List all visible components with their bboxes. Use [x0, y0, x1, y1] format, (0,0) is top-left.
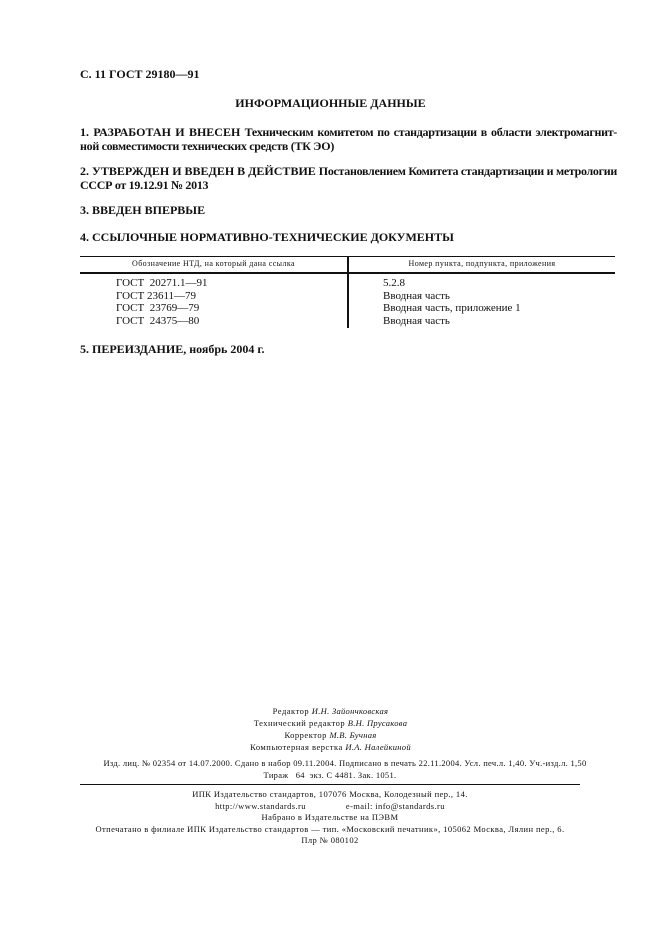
publisher-email-link[interactable]: e-mail: info@standards.ru — [346, 801, 445, 811]
table-header-clause: Номер пункта, подпункта, приложения — [349, 259, 615, 268]
section-2-lead: 2. УТВЕРЖДЕН И ВВЕДЕН В ДЕЙСТВИЕ — [80, 164, 316, 178]
section-4-lead: 4. ССЫЛОЧНЫЕ НОРМАТИВНО-ТЕХНИЧЕСКИЕ ДОКУ… — [80, 230, 454, 244]
publisher-address: ИПК Издательство стандартов, 107076 Моск… — [60, 789, 600, 801]
section-1-lead: 1. РАЗРАБОТАН И ВНЕСЕН — [80, 125, 240, 139]
table-column-clauses: 5.2.8 Вводная часть Вводная часть, прило… — [383, 277, 521, 327]
section-5-text: ноябрь 2004 г. — [189, 342, 264, 356]
table-cell-clause: Вводная часть — [383, 290, 521, 303]
table-cell-document: ГОСТ 23611—79 — [116, 290, 207, 303]
section-2: 2. УТВЕРЖДЕН И ВВЕДЕН В ДЕЙСТВИЕ Постано… — [80, 164, 617, 192]
publisher-license: Плр № 080102 — [60, 835, 600, 847]
section-5-lead: 5. ПЕРЕИЗДАНИЕ, — [80, 342, 186, 356]
table-cell-clause: Вводная часть, приложение 1 — [383, 302, 521, 315]
table-cell-clause: Вводная часть — [383, 315, 521, 328]
credit-editor: Редактор И.Н. Зайончковская — [0, 705, 661, 717]
reference-documents-table: Обозначение НТД, на который дана ссылка … — [80, 256, 615, 328]
section-4: 4. ССЫЛОЧНЫЕ НОРМАТИВНО-ТЕХНИЧЕСКИЕ ДОКУ… — [80, 230, 617, 244]
document-title: ИНФОРМАЦИОННЫЕ ДАННЫЕ — [0, 96, 661, 111]
publisher-typeset: Набрано в Издательстве на ПЭВМ — [60, 812, 600, 824]
table-cell-clause: 5.2.8 — [383, 277, 521, 290]
credit-layout: Компьютерная верстка И.А. Налейкиной — [0, 741, 661, 753]
publisher-contacts: http://www.standards.rue-mail: info@stan… — [60, 801, 600, 813]
imprint-block: Изд. лиц. № 02354 от 14.07.2000. Сдано в… — [80, 758, 580, 781]
publisher-block: ИПК Издательство стандартов, 107076 Моск… — [60, 789, 600, 847]
table-cell-document: ГОСТ 24375—80 — [116, 315, 207, 328]
page-header: С. 11 ГОСТ 29180—91 — [80, 67, 200, 82]
editorial-credits: Редактор И.Н. Зайончковская Технический … — [0, 705, 661, 753]
section-5: 5. ПЕРЕИЗДАНИЕ, ноябрь 2004 г. — [80, 342, 617, 356]
section-1: 1. РАЗРАБОТАН И ВНЕСЕН Техническим комит… — [80, 125, 617, 153]
imprint-separator — [80, 784, 580, 785]
credit-technical-editor: Технический редактор В.Н. Прусакова — [0, 717, 661, 729]
credit-proofreader: Корректор М.В. Бучная — [0, 729, 661, 741]
publisher-printed: Отпечатано в филиале ИПК Издательство ст… — [60, 824, 600, 836]
publisher-website-link[interactable]: http://www.standards.ru — [215, 801, 306, 811]
table-cell-document: ГОСТ 23769—79 — [116, 302, 207, 315]
table-cell-document: ГОСТ 20271.1—91 — [116, 277, 207, 290]
table-column-documents: ГОСТ 20271.1—91 ГОСТ 23611—79 ГОСТ 23769… — [116, 277, 207, 327]
imprint-line-1: Изд. лиц. № 02354 от 14.07.2000. Сдано в… — [70, 758, 620, 770]
table-header-document: Обозначение НТД, на который дана ссылка — [80, 259, 347, 268]
section-3: 3. ВВЕДЕН ВПЕРВЫЕ — [80, 203, 617, 217]
imprint-line-2: Тираж 64 экз. С 4481. Зак. 1051. — [80, 770, 580, 782]
section-3-lead: 3. ВВЕДЕН ВПЕРВЫЕ — [80, 203, 205, 217]
